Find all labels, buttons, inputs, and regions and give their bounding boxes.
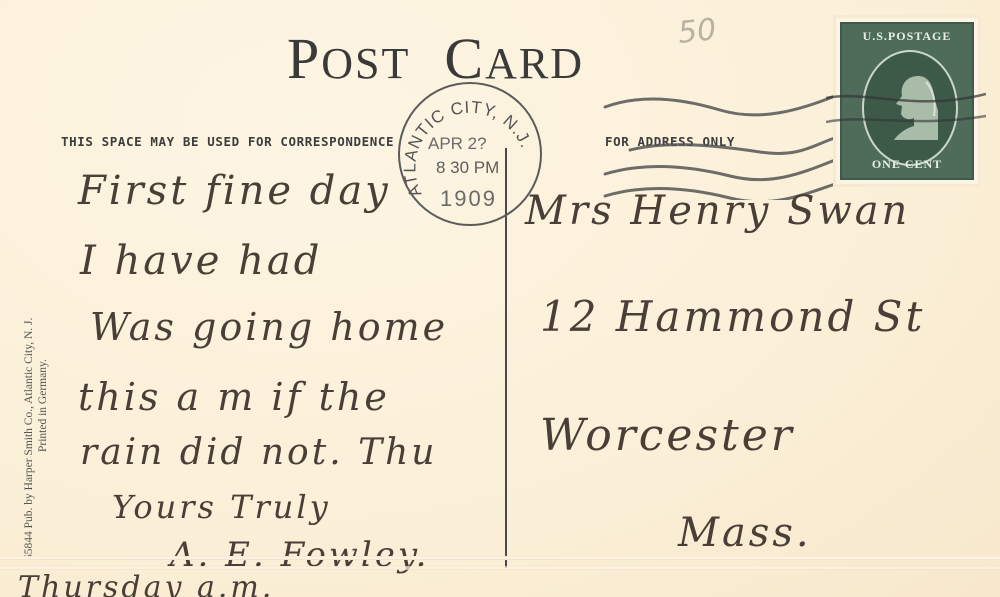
pencil-price-note: 50 xyxy=(676,12,718,51)
machine-cancel-lines-icon xyxy=(600,80,840,200)
message-line: First fine day xyxy=(78,168,391,214)
message-line: Yours Truly xyxy=(112,488,331,526)
fold-crease xyxy=(0,556,1000,560)
address-line: Mass. xyxy=(678,510,812,556)
postmark-circle: ATLANTIC CITY, N.J. APR 2? 8 30 PM 1909 xyxy=(398,82,542,226)
postmark-time: 8 30 PM xyxy=(436,158,499,178)
publisher-imprint: 65844 Pub. by Harper Smith Co., Atlantic… xyxy=(22,318,50,560)
address-line: 12 Hammond St xyxy=(540,292,925,341)
title-ard: ARD xyxy=(485,39,584,88)
message-line: rain did not. Thu xyxy=(80,432,437,473)
stamp-bottom-text: ONE CENT xyxy=(842,157,972,172)
postmark-year: 1909 xyxy=(440,186,497,212)
postage-stamp: U.S.POSTAGE ONE CENT xyxy=(836,18,978,184)
postmark-date: APR 2? xyxy=(428,134,487,154)
address-line: Worcester xyxy=(540,410,795,461)
message-line: I have had xyxy=(80,238,322,284)
message-line: this a m if the xyxy=(78,375,390,419)
message-line: Thursday a.m. xyxy=(18,570,274,597)
fold-crease xyxy=(0,566,1000,570)
title-ost: OST xyxy=(321,39,410,88)
post-card-heading: POST CARD xyxy=(287,30,584,88)
publisher-line-2: Printed in Germany. xyxy=(36,318,50,560)
postcard-back: POST CARD THIS SPACE MAY BE USED FOR COR… xyxy=(0,0,1000,597)
correspondence-caption: THIS SPACE MAY BE USED FOR CORRESPONDENC… xyxy=(61,134,394,149)
title-letter-p: P xyxy=(287,26,321,91)
stamp-top-text: U.S.POSTAGE xyxy=(842,29,972,44)
stamp-cancel-stroke-icon xyxy=(826,88,986,128)
message-line: Was going home xyxy=(90,305,448,349)
address-line: Mrs Henry Swan xyxy=(525,188,910,234)
publisher-line-1: 65844 Pub. by Harper Smith Co., Atlantic… xyxy=(22,318,36,560)
